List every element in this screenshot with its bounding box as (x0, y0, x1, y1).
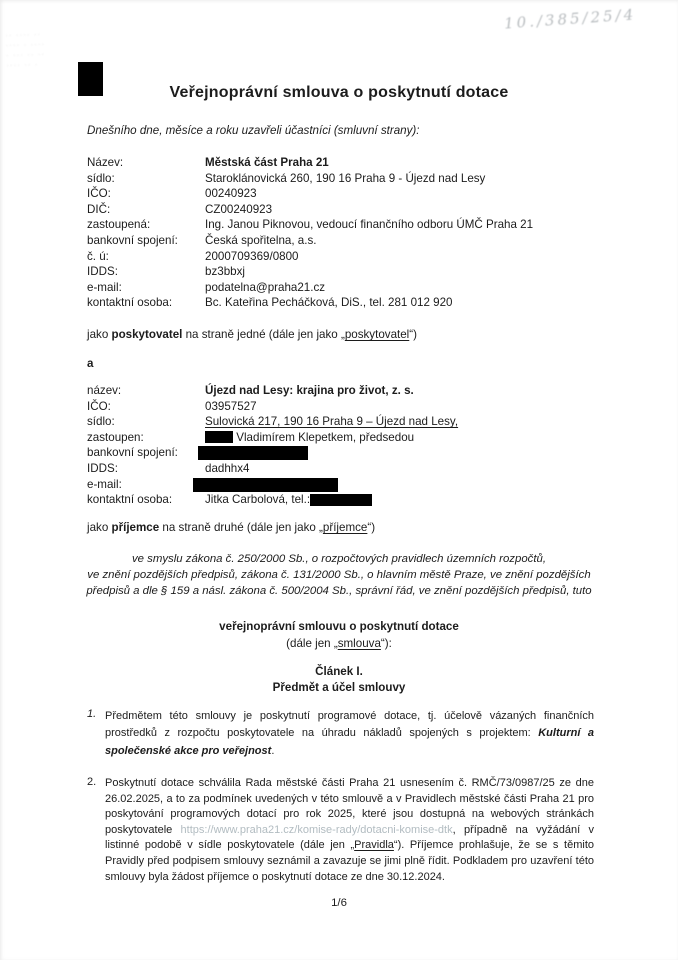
field-value: podatelna@praha21.cz (205, 280, 597, 296)
field-row: bankovní spojení: (87, 445, 597, 461)
field-value (205, 477, 597, 493)
paragraph-segment: . (271, 745, 274, 757)
clause-text: jako (87, 521, 112, 534)
article-heading: Článek I. Předmět a účel smlouvy (0, 664, 678, 696)
recital-line: ve smyslu zákona č. 250/2000 Sb., o rozp… (60, 551, 618, 567)
field-label: IDDS: (87, 461, 205, 477)
field-value: Městská část Praha 21 (205, 155, 597, 171)
field-row: sídlo:Staroklánovická 260, 190 16 Praha … (87, 171, 597, 187)
field-row: název:Újezd nad Lesy: krajina pro život,… (87, 383, 597, 399)
field-value: Staroklánovická 260, 190 16 Praha 9 - Új… (205, 171, 597, 187)
recital-line: předpisů a dle § 159 a násl. zákona č. 5… (60, 583, 618, 599)
clause-text: na straně jedné (dále jen jako „ (182, 328, 344, 341)
field-label: název: (87, 383, 205, 399)
legal-recital: ve smyslu zákona č. 250/2000 Sb., o rozp… (60, 551, 618, 600)
field-row: IDDS:dadhhx4 (87, 461, 597, 477)
paragraph-text: Poskytnutí dotace schválila Rada městské… (105, 776, 594, 885)
document-page: 10./385/25/4 ·· ···· ·· ···· · ···· · ··… (0, 0, 678, 960)
field-value: bz3bbxj (205, 264, 597, 280)
article-number: Článek I. (0, 664, 678, 680)
redaction-box (193, 478, 338, 492)
redaction-box (205, 431, 233, 443)
contract-subject-heading: veřejnoprávní smlouvu o poskytnutí dotac… (0, 619, 678, 652)
intro-line: Dnešního dne, měsíce a roku uzavřeli úča… (87, 124, 420, 137)
field-value: Vladimírem Klepetkem, předsedou (205, 430, 597, 446)
clause-text: “) (409, 328, 417, 341)
field-value: Bc. Kateřina Pecháčková, DiS., tel. 281 … (205, 295, 597, 311)
field-value: 00240923 (205, 186, 597, 202)
field-value: Česká spořitelna, a.s. (205, 233, 597, 249)
field-value: CZ00240923 (205, 202, 597, 218)
field-value (205, 445, 597, 461)
field-label: č. ú: (87, 249, 205, 265)
field-value: Ing. Janou Piknovou, vedoucí finančního … (205, 217, 597, 233)
redaction-box (310, 494, 372, 506)
field-row: IDDS:bz3bbxj (87, 264, 597, 280)
paragraph-1: 1. Předmětem této smlouvy je poskytnutí … (87, 708, 594, 760)
field-row: bankovní spojení:Česká spořitelna, a.s. (87, 233, 597, 249)
field-row: zastoupená:Ing. Janou Piknovou, vedoucí … (87, 217, 597, 233)
field-row: DIČ:CZ00240923 (87, 202, 597, 218)
field-label: sídlo: (87, 171, 205, 187)
field-label: Název: (87, 155, 205, 171)
article-title: Předmět a účel smlouvy (0, 680, 678, 696)
recipient-block: název:Újezd nad Lesy: krajina pro život,… (87, 383, 597, 508)
field-label: kontaktní osoba: (87, 295, 205, 311)
field-row: e-mail:podatelna@praha21.cz (87, 280, 597, 296)
field-value-text: Jitka Carbolová, tel.: (205, 493, 310, 506)
field-label: kontaktní osoba: (87, 492, 205, 508)
field-row: kontaktní osoba:Jitka Carbolová, tel.: (87, 492, 597, 508)
handwritten-file-number: 10./385/25/4 (503, 5, 636, 32)
field-value: Sulovická 217, 190 16 Praha 9 – Újezd na… (205, 414, 597, 430)
subject-subtitle: (dále jen „smlouva“): (0, 636, 678, 653)
field-label: bankovní spojení: (87, 233, 205, 249)
recital-line: ve znění pozdějších předpisů, zákona č. … (60, 567, 618, 583)
provider-block: Název:Městská část Praha 21 sídlo:Starok… (87, 155, 597, 311)
faint-stamp: ·· ···· ·· ···· · ···· · ··· ·· ·· ···· … (5, 29, 78, 71)
clause-text: “) (367, 521, 375, 534)
subject-text: “): (381, 637, 392, 650)
clause-text: jako (87, 328, 112, 341)
document-title: Veřejnoprávní smlouva o poskytnutí dotac… (0, 84, 678, 102)
rules-url: https://www.praha21.cz/komise-rady/dotac… (181, 824, 453, 836)
redaction-box (198, 446, 308, 460)
field-row: č. ú:2000709369/0800 (87, 249, 597, 265)
field-row: zastoupen: Vladimírem Klepetkem, předsed… (87, 430, 597, 446)
paragraph-number: 2. (87, 776, 96, 788)
subject-title: veřejnoprávní smlouvu o poskytnutí dotac… (0, 619, 678, 636)
clause-role-bold: příjemce (112, 521, 160, 534)
paragraph-text: Předmětem této smlouvy je poskytnutí pro… (105, 708, 594, 760)
page-number: 1/6 (0, 897, 678, 909)
subject-quoted: smlouva (338, 637, 381, 650)
field-label: e-mail: (87, 280, 205, 296)
field-label: zastoupen: (87, 430, 205, 446)
field-value: Jitka Carbolová, tel.: (205, 492, 597, 508)
field-row: e-mail: (87, 477, 597, 493)
field-label: DIČ: (87, 202, 205, 218)
field-row: IČO:03957527 (87, 399, 597, 415)
field-value-text: Vladimírem Klepetkem, předsedou (236, 431, 414, 444)
paragraph-segment: Předmětem této smlouvy je poskytnutí pro… (105, 710, 594, 739)
field-value: 2000709369/0800 (205, 249, 597, 265)
field-label: IČO: (87, 399, 205, 415)
paragraph-number: 1. (87, 708, 96, 720)
field-row: kontaktní osoba:Bc. Kateřina Pecháčková,… (87, 295, 597, 311)
field-label: zastoupená: (87, 217, 205, 233)
field-value: Újezd nad Lesy: krajina pro život, z. s. (205, 383, 597, 399)
clause-role-quoted: poskytovatel (345, 328, 409, 341)
provider-role-clause: jako poskytovatel na straně jedné (dále … (87, 328, 417, 341)
field-label: e-mail: (87, 477, 205, 493)
field-label: sídlo: (87, 414, 205, 430)
conjunction: a (87, 357, 93, 370)
field-value: dadhhx4 (205, 461, 597, 477)
field-label: IDDS: (87, 264, 205, 280)
stamp-line: ···· ·· · (6, 59, 78, 72)
recipient-role-clause: jako příjemce na straně druhé (dále jen … (87, 521, 375, 534)
subject-text: (dále jen „ (286, 637, 338, 650)
clause-role-quoted: příjemce (323, 521, 367, 534)
clause-text: na straně druhé (dále jen jako „ (159, 521, 323, 534)
field-row: sídlo:Sulovická 217, 190 16 Praha 9 – Új… (87, 414, 597, 430)
paragraph-2: 2. Poskytnutí dotace schválila Rada měst… (87, 776, 594, 885)
clause-role-bold: poskytovatel (112, 328, 183, 341)
field-row: Název:Městská část Praha 21 (87, 155, 597, 171)
field-label: bankovní spojení: (87, 445, 205, 461)
field-value: 03957527 (205, 399, 597, 415)
field-row: IČO:00240923 (87, 186, 597, 202)
pravidla-quoted: Pravidla (354, 839, 394, 851)
field-label: IČO: (87, 186, 205, 202)
